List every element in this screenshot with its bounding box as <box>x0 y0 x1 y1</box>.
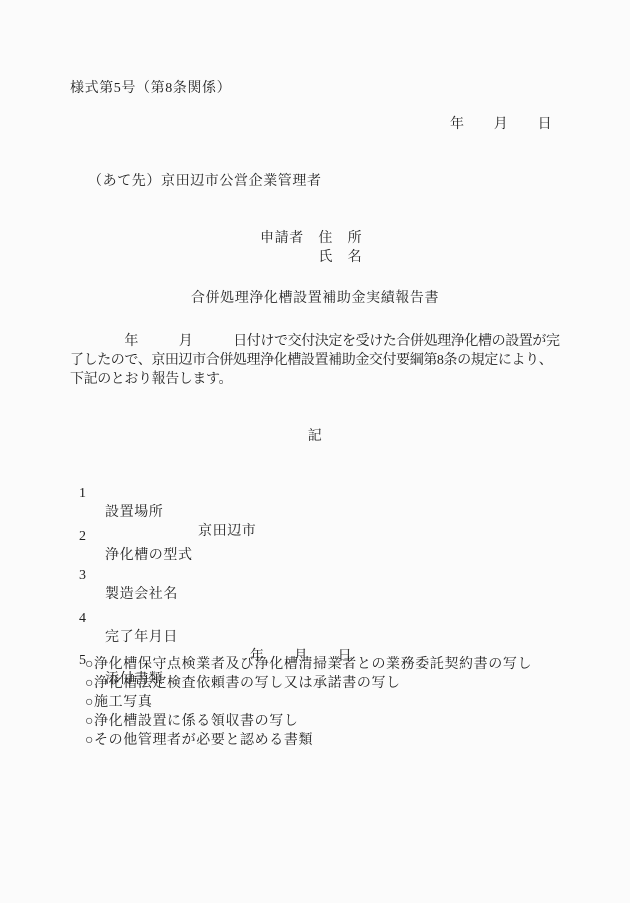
item-row-manufacturer-name: 3 製造会社名 <box>0 547 630 566</box>
body-paragraph-line: 年 月 日付けで交付決定を受けた合併処理浄化槽の設置が完 <box>70 332 560 351</box>
document-title: 合併処理浄化槽設置補助金実績報告書 <box>0 289 630 308</box>
record-marker: 記 <box>0 427 630 446</box>
applicant-name-line: 氏 名 <box>260 248 362 267</box>
item-row-attached-documents: 5 添付書類 <box>0 632 630 651</box>
item-number: 4 <box>79 609 87 628</box>
document-page: 様式第5号（第8条関係） 年 月 日 （あて先）京田辺市公営企業管理者 申請者 … <box>0 0 630 903</box>
date-line: 年 月 日 <box>450 115 552 134</box>
attachment-item: ○浄化槽法定検査依頼書の写し又は承諾書の写し <box>85 674 401 693</box>
attachment-item: ○浄化槽保守点検業者及び浄化槽清掃業者との業務委託契約書の写し <box>85 655 532 674</box>
addressee-line: （あて先）京田辺市公営企業管理者 <box>88 172 322 191</box>
attachment-item: ○浄化槽設置に係る領収書の写し <box>85 712 298 731</box>
item-row-installation-place: 1 設置場所 京田辺市 <box>0 465 630 484</box>
body-paragraph-line: 下記のとおり報告します。 <box>70 370 232 389</box>
item-row-septic-tank-model: 2 浄化槽の型式 <box>0 508 630 527</box>
body-paragraph-line: 了したので、京田辺市合併処理浄化槽設置補助金交付要綱第8条の規定により、 <box>70 351 552 370</box>
item-number: 1 <box>79 484 87 503</box>
attachment-item: ○施工写真 <box>85 693 152 712</box>
item-number: 3 <box>79 566 87 585</box>
item-number: 2 <box>79 527 87 546</box>
form-number: 様式第5号（第8条関係） <box>70 79 231 98</box>
attachment-item: ○その他管理者が必要と認める書類 <box>85 731 313 750</box>
applicant-address-line: 申請者 住 所 <box>260 229 362 248</box>
item-row-completion-date: 4 完了年月日 年 月 日 <box>0 590 630 609</box>
